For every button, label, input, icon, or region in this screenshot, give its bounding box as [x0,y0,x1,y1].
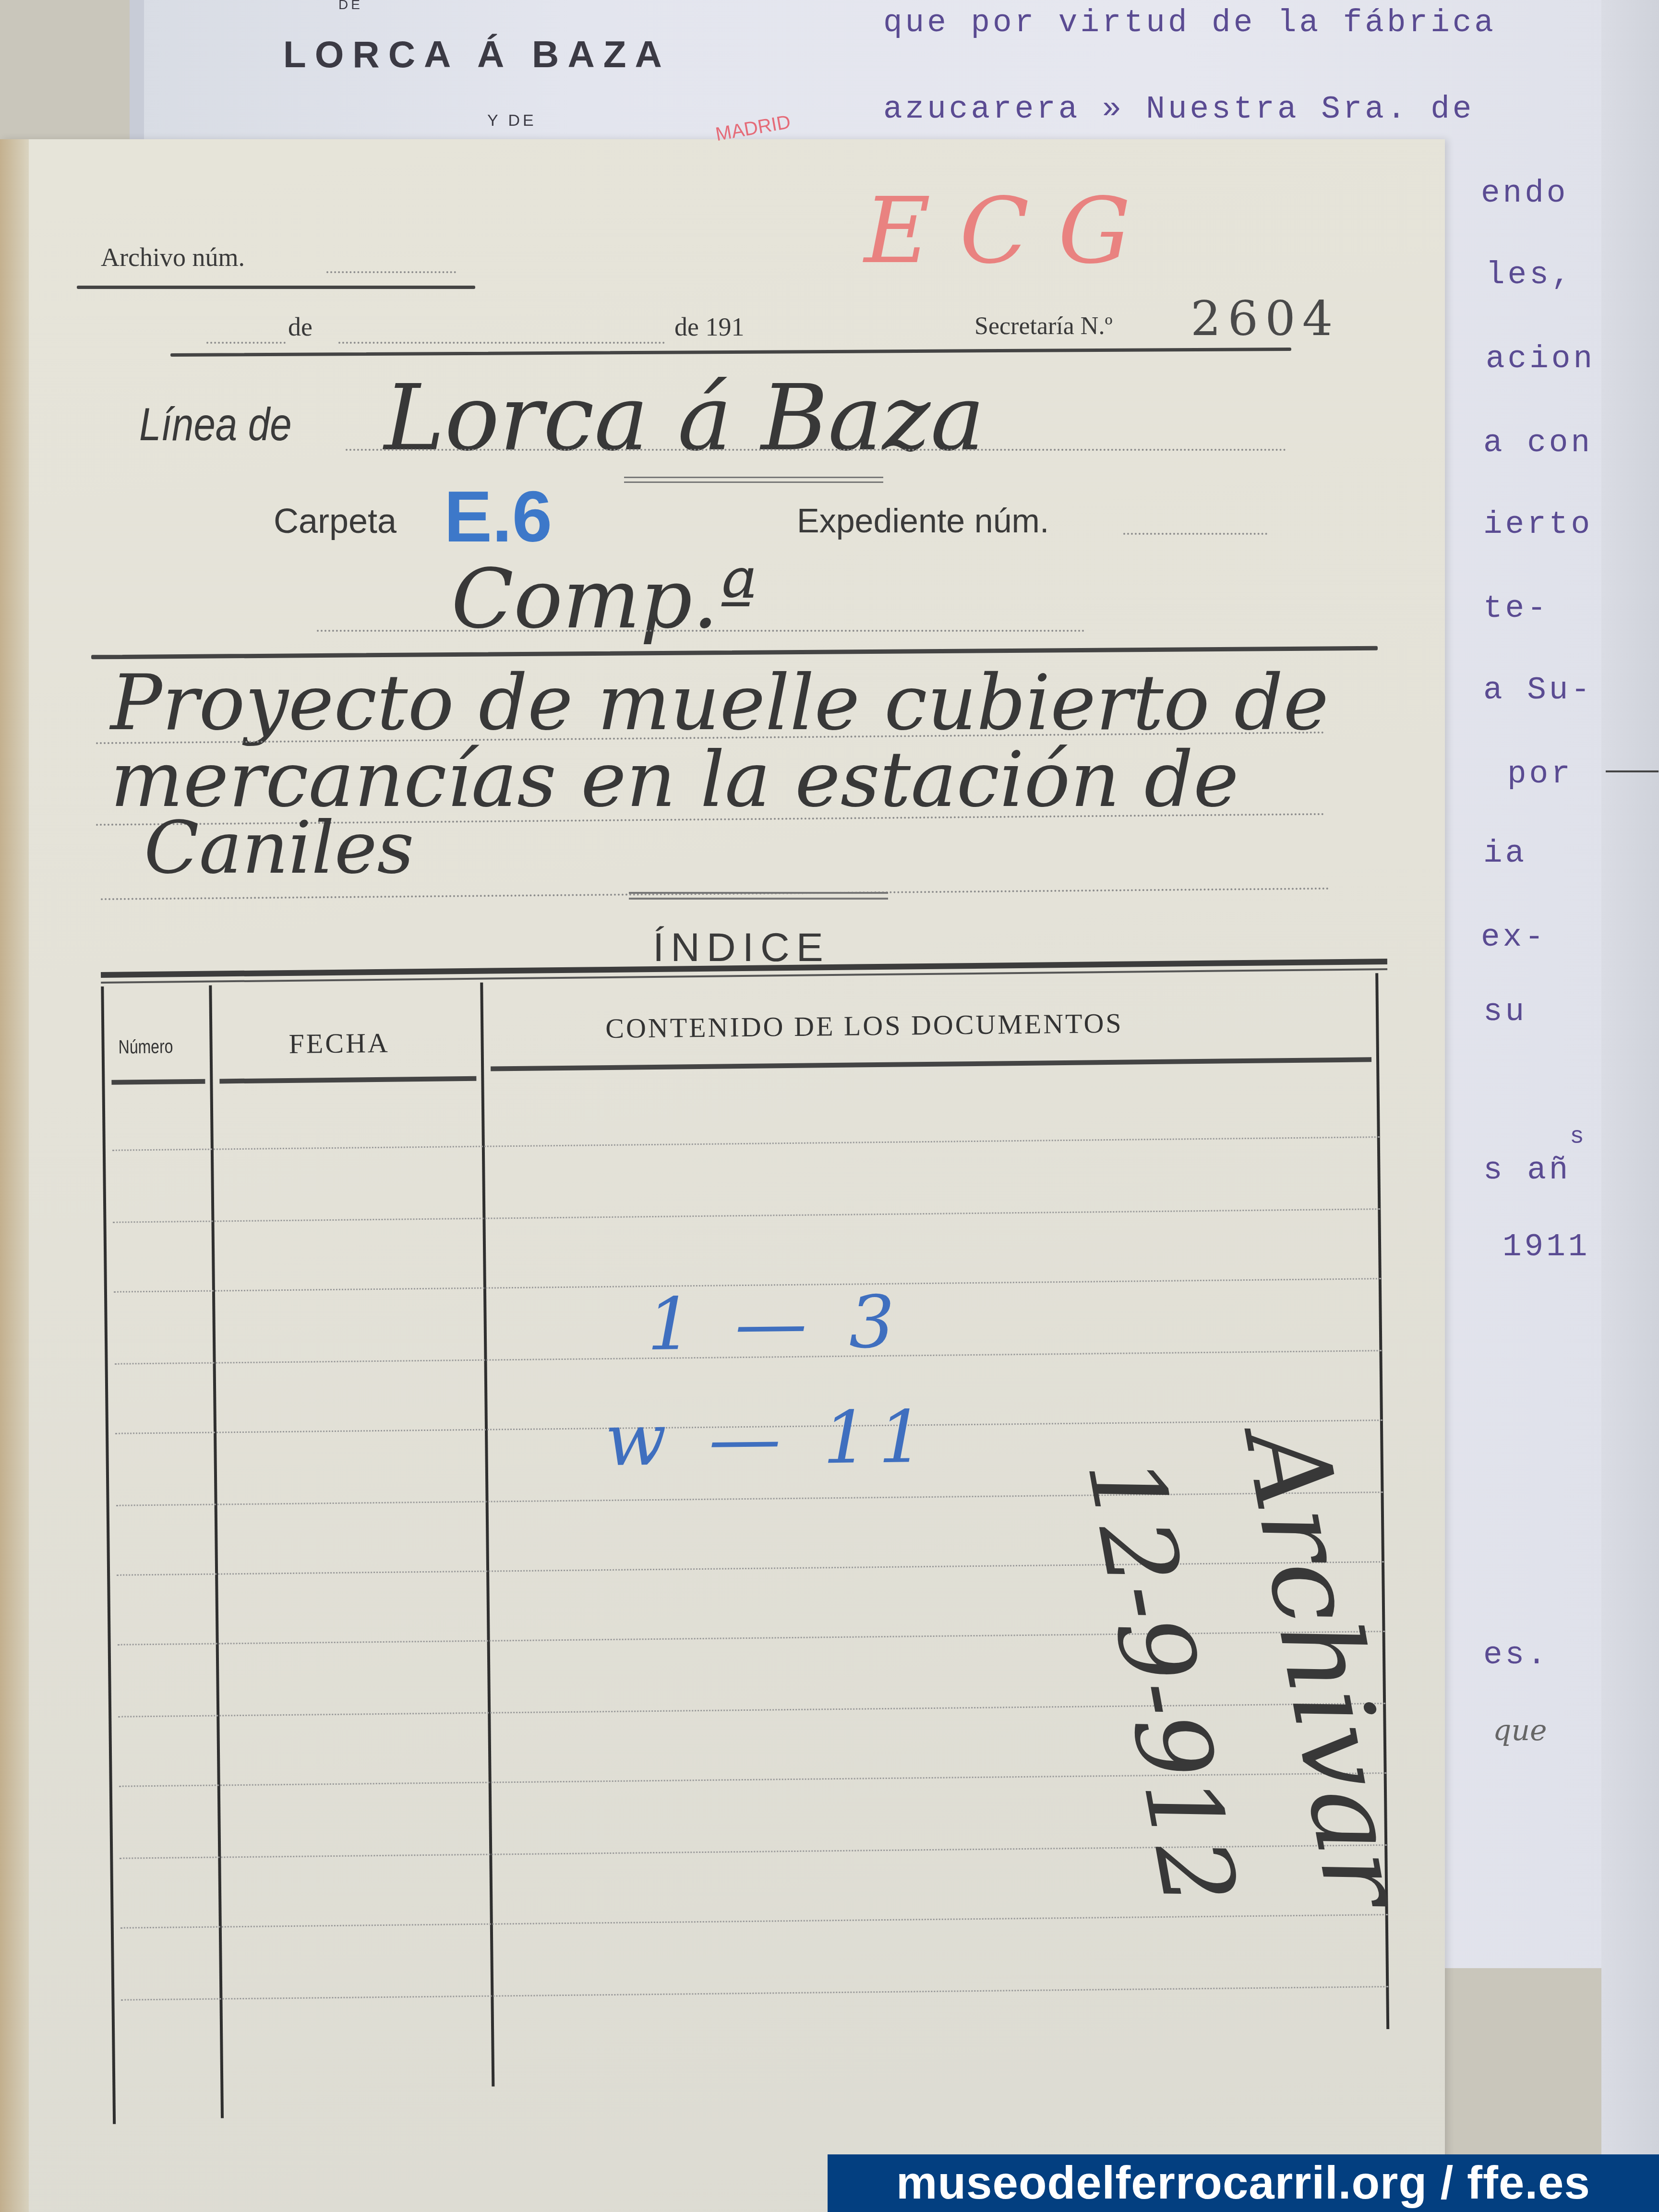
linea-value: Lorca á Baza [384,365,985,471]
typed-line: 1911 [1503,1229,1590,1265]
column-header-fecha: FECHA [289,1027,390,1060]
typed-line: ia [1483,835,1527,871]
archivo-field [326,271,456,273]
typed-line: te- [1483,590,1549,626]
typed-line: ex- [1481,919,1547,955]
typed-line: les, [1486,257,1573,293]
column-divider [209,986,224,2118]
expediente-label: Expediente núm. [797,502,1049,540]
typed-line: endo [1481,175,1568,211]
column-divider [480,983,494,2087]
blue-note: w — 11 [604,1395,934,1482]
typed-line: por [1507,756,1573,792]
index-table: Número FECHA CONTENIDO DE LOS DOCUMENTOS… [101,959,1399,2124]
secretaria-label: Secretaría N.º [974,312,1113,340]
double-rule [624,477,883,478]
date-de-label: de [288,312,313,342]
typed-line: ierto [1483,506,1593,542]
table-row [116,1491,1383,1506]
typed-line: su [1483,994,1527,1030]
carpeta-label: Carpeta [274,502,397,541]
expediente-field [1123,533,1267,535]
blue-note: 1 — 3 [647,1281,905,1367]
background-page-edge [1601,0,1659,2212]
carpeta-value: E.6 [444,475,552,558]
linea-label: Línea de [139,398,292,451]
index-title: ÍNDICE [653,924,830,971]
column-header-contenido: CONTENIDO DE LOS DOCUMENTOS [605,1007,1123,1045]
day-field [206,342,286,344]
typed-line: s añ [1483,1152,1571,1188]
letterhead-y-de: Y DE [487,111,537,130]
secretaria-number: 2604 [1190,290,1340,347]
typed-line: a Su- [1483,672,1593,708]
letterhead-de-top: DE [338,0,363,12]
typed-superscript: s [1570,1123,1587,1151]
dotted-line [317,630,1085,632]
typed-line: es. [1483,1637,1549,1673]
archivo-label: Archivo núm. [101,242,245,272]
double-rule [629,898,888,900]
signature-fragment: que [1493,1714,1547,1747]
header-rule [111,1079,205,1085]
museum-watermark: museodelferrocarril.org / ffe.es [828,2154,1659,2212]
table-row [121,1986,1388,2001]
table-row [113,1208,1380,1223]
double-rule [629,892,888,894]
typed-line: azucarera » Nuestra Sra. de [883,91,1474,127]
linea-field [346,449,1286,451]
table-row [112,1136,1380,1151]
card-edge [0,139,29,2212]
header-rule [491,1057,1371,1071]
header-rule [219,1076,476,1084]
double-rule [624,481,883,483]
letterhead-title: LORCA Á BAZA [283,33,671,76]
red-annotation: ECG [864,178,1160,284]
column-header-numero: Número [118,1036,173,1058]
divider [77,286,475,289]
date-year-label: de 191 [674,312,744,342]
ink-mark [1606,770,1659,772]
handwritten-comp: Comp.ª [451,552,757,647]
typed-line: acion [1486,341,1595,377]
typed-line: que por virtud de la fábrica [883,5,1496,41]
description-line: Caniles [144,806,414,890]
paper-fold [130,0,144,144]
typed-line: a con [1483,425,1593,461]
month-field [338,342,665,344]
